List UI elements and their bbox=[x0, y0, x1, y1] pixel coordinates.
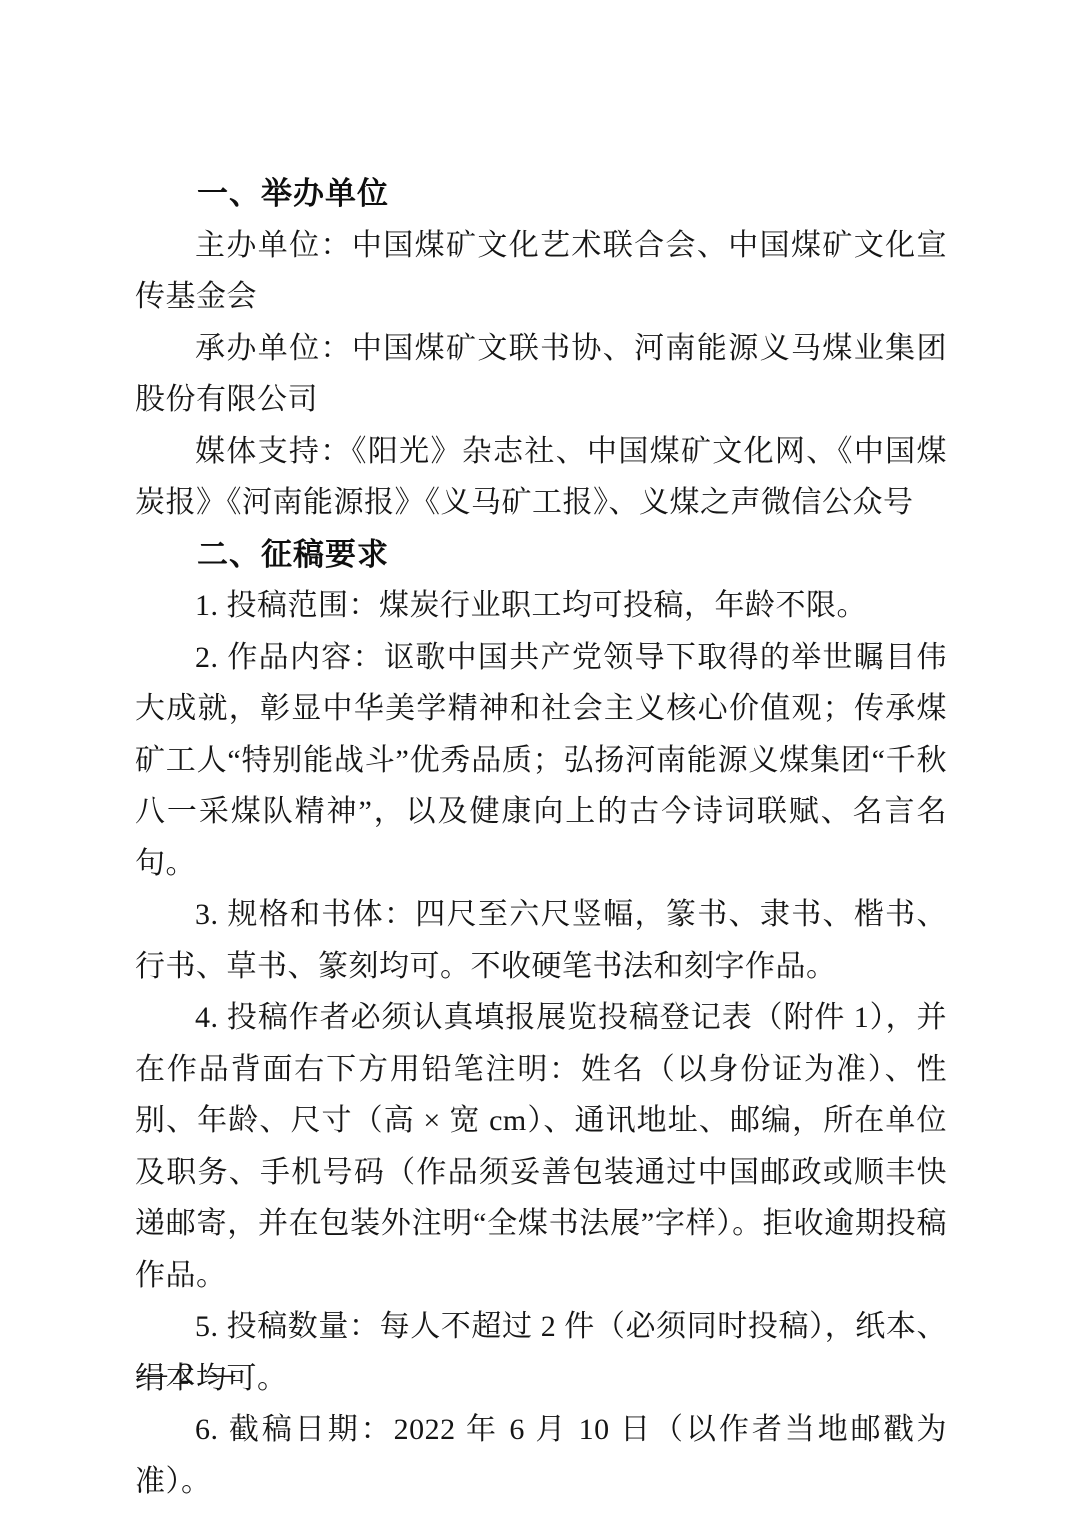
requirement-item-scope: 1. 投稿范围：煤炭行业职工均可投稿，年龄不限。 bbox=[135, 580, 947, 632]
requirement-item-deadline: 6. 截稿日期：2022 年 6 月 10 日（以作者当地邮戳为准）。 bbox=[135, 1404, 947, 1507]
document-content: 一、举办单位 主办单位：中国煤矿文化艺术联合会、中国煤矿文化宣传基金会 承办单位… bbox=[135, 168, 947, 1507]
requirement-item-format: 3. 规格和书体：四尺至六尺竖幅，篆书、隶书、楷书、行书、草书、篆刻均可。不收硬… bbox=[135, 889, 947, 992]
paragraph-organizer-unit: 承办单位：中国煤矿文联书协、河南能源义马煤业集团股份有限公司 bbox=[135, 323, 947, 426]
requirement-item-registration: 4. 投稿作者必须认真填报展览投稿登记表（附件 1），并在作品背面右下方用铅笔注… bbox=[135, 992, 947, 1301]
paragraph-host-unit: 主办单位：中国煤矿文化艺术联合会、中国煤矿文化宣传基金会 bbox=[135, 220, 947, 323]
requirement-item-quantity: 5. 投稿数量：每人不超过 2 件（必须同时投稿），纸本、绢本均可。 bbox=[135, 1301, 947, 1404]
requirement-item-content: 2. 作品内容：讴歌中国共产党领导下取得的举世瞩目伟大成就，彰显中华美学精神和社… bbox=[135, 632, 947, 890]
document-page: 一、举办单位 主办单位：中国煤矿文化艺术联合会、中国煤矿文化宣传基金会 承办单位… bbox=[0, 0, 1080, 1529]
page-number: — 2 — bbox=[137, 1356, 237, 1392]
paragraph-media-support: 媒体支持：《阳光》杂志社、中国煤矿文化网、《中国煤炭报》《河南能源报》《义马矿工… bbox=[135, 426, 947, 529]
section-heading-organizers: 一、举办单位 bbox=[135, 168, 947, 220]
section-heading-submission-requirements: 二、征稿要求 bbox=[135, 529, 947, 581]
